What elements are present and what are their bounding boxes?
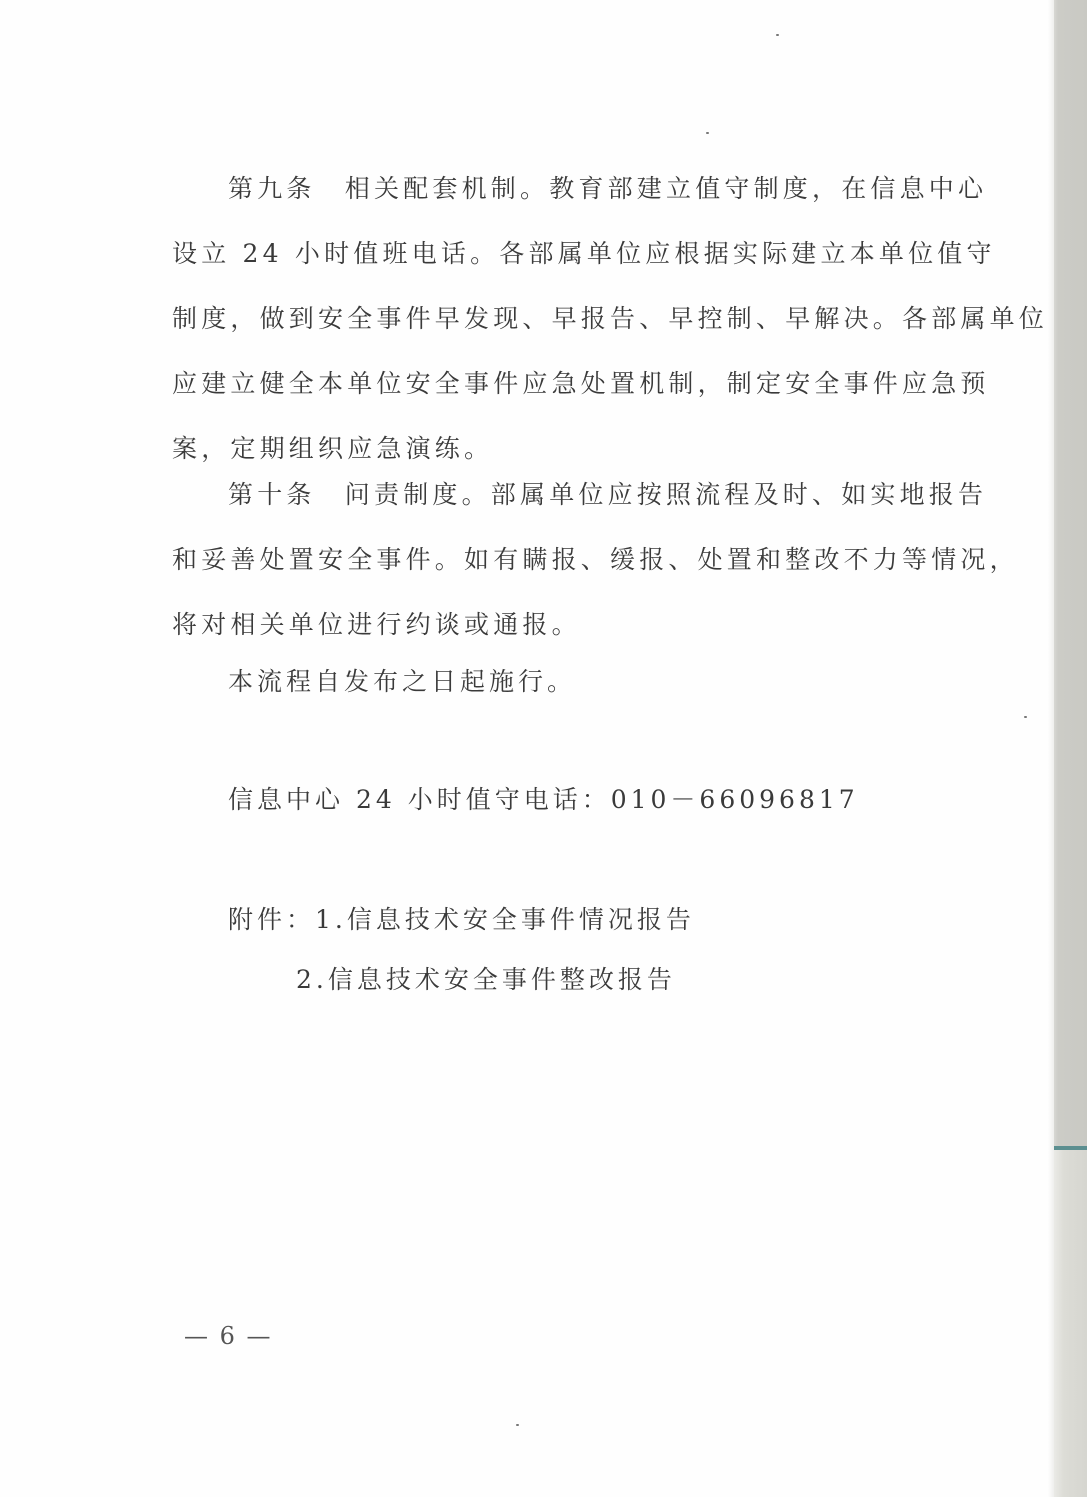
scan-speck xyxy=(1024,716,1027,718)
article-9-line: 应建立健全本单位安全事件应急处置机制，制定安全事件应急预 xyxy=(172,351,932,416)
scan-speck xyxy=(516,1424,519,1426)
page-number: — 6 — xyxy=(184,1322,273,1350)
article-10-line: 和妥善处置安全事件。如有瞒报、缓报、处置和整改不力等情况， xyxy=(172,527,932,592)
attachments-label: 附件： xyxy=(228,905,315,934)
article-10-paragraph: 第十条 问责制度。部属单位应按照流程及时、如实地报告 和妥善处置安全事件。如有瞒… xyxy=(172,462,932,657)
scanner-bed-edge xyxy=(1054,0,1087,1150)
attachments-block: 附件：1.信息技术安全事件情况报告 xyxy=(228,900,695,936)
scanner-bed-edge-lower xyxy=(1054,1150,1087,1497)
scan-speck xyxy=(706,132,709,134)
attachment-item: 2.信息技术安全事件整改报告 xyxy=(296,960,676,996)
effective-date-statement: 本流程自发布之日起施行。 xyxy=(228,662,576,698)
scanned-page: 第九条 相关配套机制。教育部建立值守制度，在信息中心 设立 24 小时值班电话。… xyxy=(0,0,1055,1497)
article-10-line: 第十条 问责制度。部属单位应按照流程及时、如实地报告 xyxy=(172,462,932,527)
article-9-line: 设立 24 小时值班电话。各部属单位应根据实际建立本单位值守 xyxy=(172,221,932,286)
hotline-text: 信息中心 24 小时值守电话：010－66096817 xyxy=(228,780,859,816)
scan-speck xyxy=(776,34,779,36)
article-9-line: 第九条 相关配套机制。教育部建立值守制度，在信息中心 xyxy=(172,156,932,221)
article-9-line: 制度，做到安全事件早发现、早报告、早控制、早解决。各部属单位 xyxy=(172,286,932,351)
attachment-item: 1.信息技术安全事件情况报告 xyxy=(315,905,695,934)
article-10-line: 将对相关单位进行约谈或通报。 xyxy=(172,592,932,657)
article-9-paragraph: 第九条 相关配套机制。教育部建立值守制度，在信息中心 设立 24 小时值班电话。… xyxy=(172,156,932,481)
